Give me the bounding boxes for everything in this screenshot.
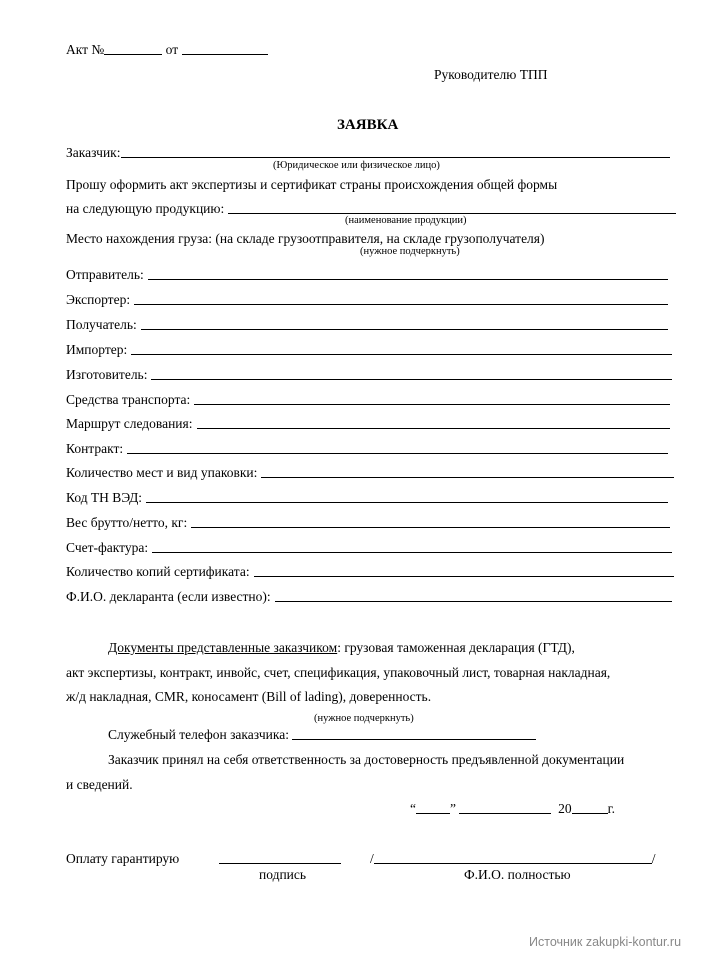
full-name-field[interactable] <box>374 862 652 864</box>
date-year-prefix: 20 <box>558 801 572 816</box>
field-label: Контракт: <box>66 441 123 457</box>
field-row: Счет-фактура: <box>66 540 672 556</box>
field-label: Счет-фактура: <box>66 540 148 556</box>
field-input-line[interactable] <box>191 527 670 528</box>
field-row: Изготовитель: <box>66 367 672 383</box>
field-row: Количество мест и вид упаковки: <box>66 465 674 481</box>
field-label: Средства транспорта: <box>66 392 190 408</box>
field-input-line[interactable] <box>134 304 668 305</box>
field-input-line[interactable] <box>141 329 668 330</box>
document-title: ЗАЯВКА <box>337 117 398 134</box>
field-label: Маршрут следования: <box>66 416 193 432</box>
product-field[interactable] <box>228 213 676 214</box>
signature-row <box>219 851 341 867</box>
payment-guarantee-label: Оплату гарантирую <box>66 851 179 867</box>
date-day-field[interactable] <box>416 812 450 814</box>
documents-heading: Документы представленные заказчиком <box>108 640 337 655</box>
field-input-line[interactable] <box>152 552 672 553</box>
field-row: Количество копий сертификата: <box>66 564 674 580</box>
field-label: Отправитель: <box>66 267 144 283</box>
product-label: на следующую продукцию: <box>66 201 224 217</box>
field-row: Импортер: <box>66 342 672 358</box>
field-label: Изготовитель: <box>66 367 147 383</box>
date-close-quote: ” <box>450 801 456 816</box>
field-row: Код ТН ВЭД: <box>66 490 668 506</box>
field-label: Получатель: <box>66 317 137 333</box>
field-input-line[interactable] <box>197 428 671 429</box>
cargo-location: Место нахождения груза: (на складе грузо… <box>66 231 545 247</box>
slash-right: / <box>652 851 656 866</box>
field-row: Контракт: <box>66 441 668 457</box>
field-row: Маршрут следования: <box>66 416 670 432</box>
act-number-field[interactable] <box>104 53 162 55</box>
cargo-location-note: (нужное подчеркнуть) <box>360 246 460 257</box>
field-row: Средства транспорта: <box>66 392 670 408</box>
customer-label: Заказчик: <box>66 145 121 161</box>
field-label: Код ТН ВЭД: <box>66 490 142 506</box>
documents-line-3: ж/д накладная, CMR, коносамент (Bill of … <box>66 689 431 705</box>
date-row: “” 20г. <box>410 801 615 817</box>
date-year-field[interactable] <box>572 812 608 814</box>
field-input-line[interactable] <box>194 404 670 405</box>
field-row: Экспортер: <box>66 292 668 308</box>
field-input-line[interactable] <box>254 576 674 577</box>
customer-row: Заказчик: <box>66 145 670 161</box>
date-month-field[interactable] <box>459 812 551 814</box>
field-input-line[interactable] <box>275 601 672 602</box>
responsibility-line-2: и сведений. <box>66 777 133 793</box>
date-year-suffix: г. <box>608 801 615 816</box>
request-line-1: Прошу оформить акт экспертизы и сертифик… <box>66 177 557 193</box>
field-row: Получатель: <box>66 317 668 333</box>
field-input-line[interactable] <box>261 477 674 478</box>
responsibility-line-1: Заказчик принял на себя ответственность … <box>108 752 624 768</box>
documents-line-2: акт экспертизы, контракт, инвойс, счет, … <box>66 665 610 681</box>
field-label: Количество копий сертификата: <box>66 564 250 580</box>
field-row: Ф.И.О. декларанта (если известно): <box>66 589 672 605</box>
phone-label: Служебный телефон заказчика: <box>108 727 289 742</box>
field-label: Ф.И.О. декларанта (если известно): <box>66 589 271 605</box>
full-name-row: // <box>370 851 656 867</box>
addressee: Руководителю ТПП <box>434 67 547 83</box>
act-date-field[interactable] <box>182 53 268 55</box>
product-note: (наименование продукции) <box>345 215 466 226</box>
act-number-line: Акт № от <box>66 42 268 58</box>
phone-field[interactable] <box>292 738 536 740</box>
field-input-line[interactable] <box>146 502 668 503</box>
field-input-line[interactable] <box>131 354 672 355</box>
field-input-line[interactable] <box>127 453 668 454</box>
signature-caption: подпись <box>259 867 306 883</box>
act-from-label: от <box>166 42 178 57</box>
customer-note: (Юридическое или физическое лицо) <box>273 160 440 171</box>
field-label: Экспортер: <box>66 292 130 308</box>
field-input-line[interactable] <box>148 279 668 280</box>
documents-note: (нужное подчеркнуть) <box>314 713 414 724</box>
field-label: Количество мест и вид упаковки: <box>66 465 257 481</box>
signature-field[interactable] <box>219 862 341 864</box>
field-label: Импортер: <box>66 342 127 358</box>
full-name-caption: Ф.И.О. полностью <box>464 867 571 883</box>
documents-list-start: : грузовая таможенная декларация (ГТД), <box>337 640 575 655</box>
field-row: Вес брутто/нетто, кг: <box>66 515 670 531</box>
field-row: Отправитель: <box>66 267 668 283</box>
field-input-line[interactable] <box>151 379 672 380</box>
phone-row: Служебный телефон заказчика: <box>108 727 536 743</box>
field-label: Вес брутто/нетто, кг: <box>66 515 187 531</box>
customer-field[interactable] <box>121 157 671 158</box>
documents-line-1: Документы представленные заказчиком: гру… <box>108 640 575 656</box>
act-label: Акт № <box>66 42 104 57</box>
source-watermark: Источник zakupki-kontur.ru <box>529 935 681 949</box>
